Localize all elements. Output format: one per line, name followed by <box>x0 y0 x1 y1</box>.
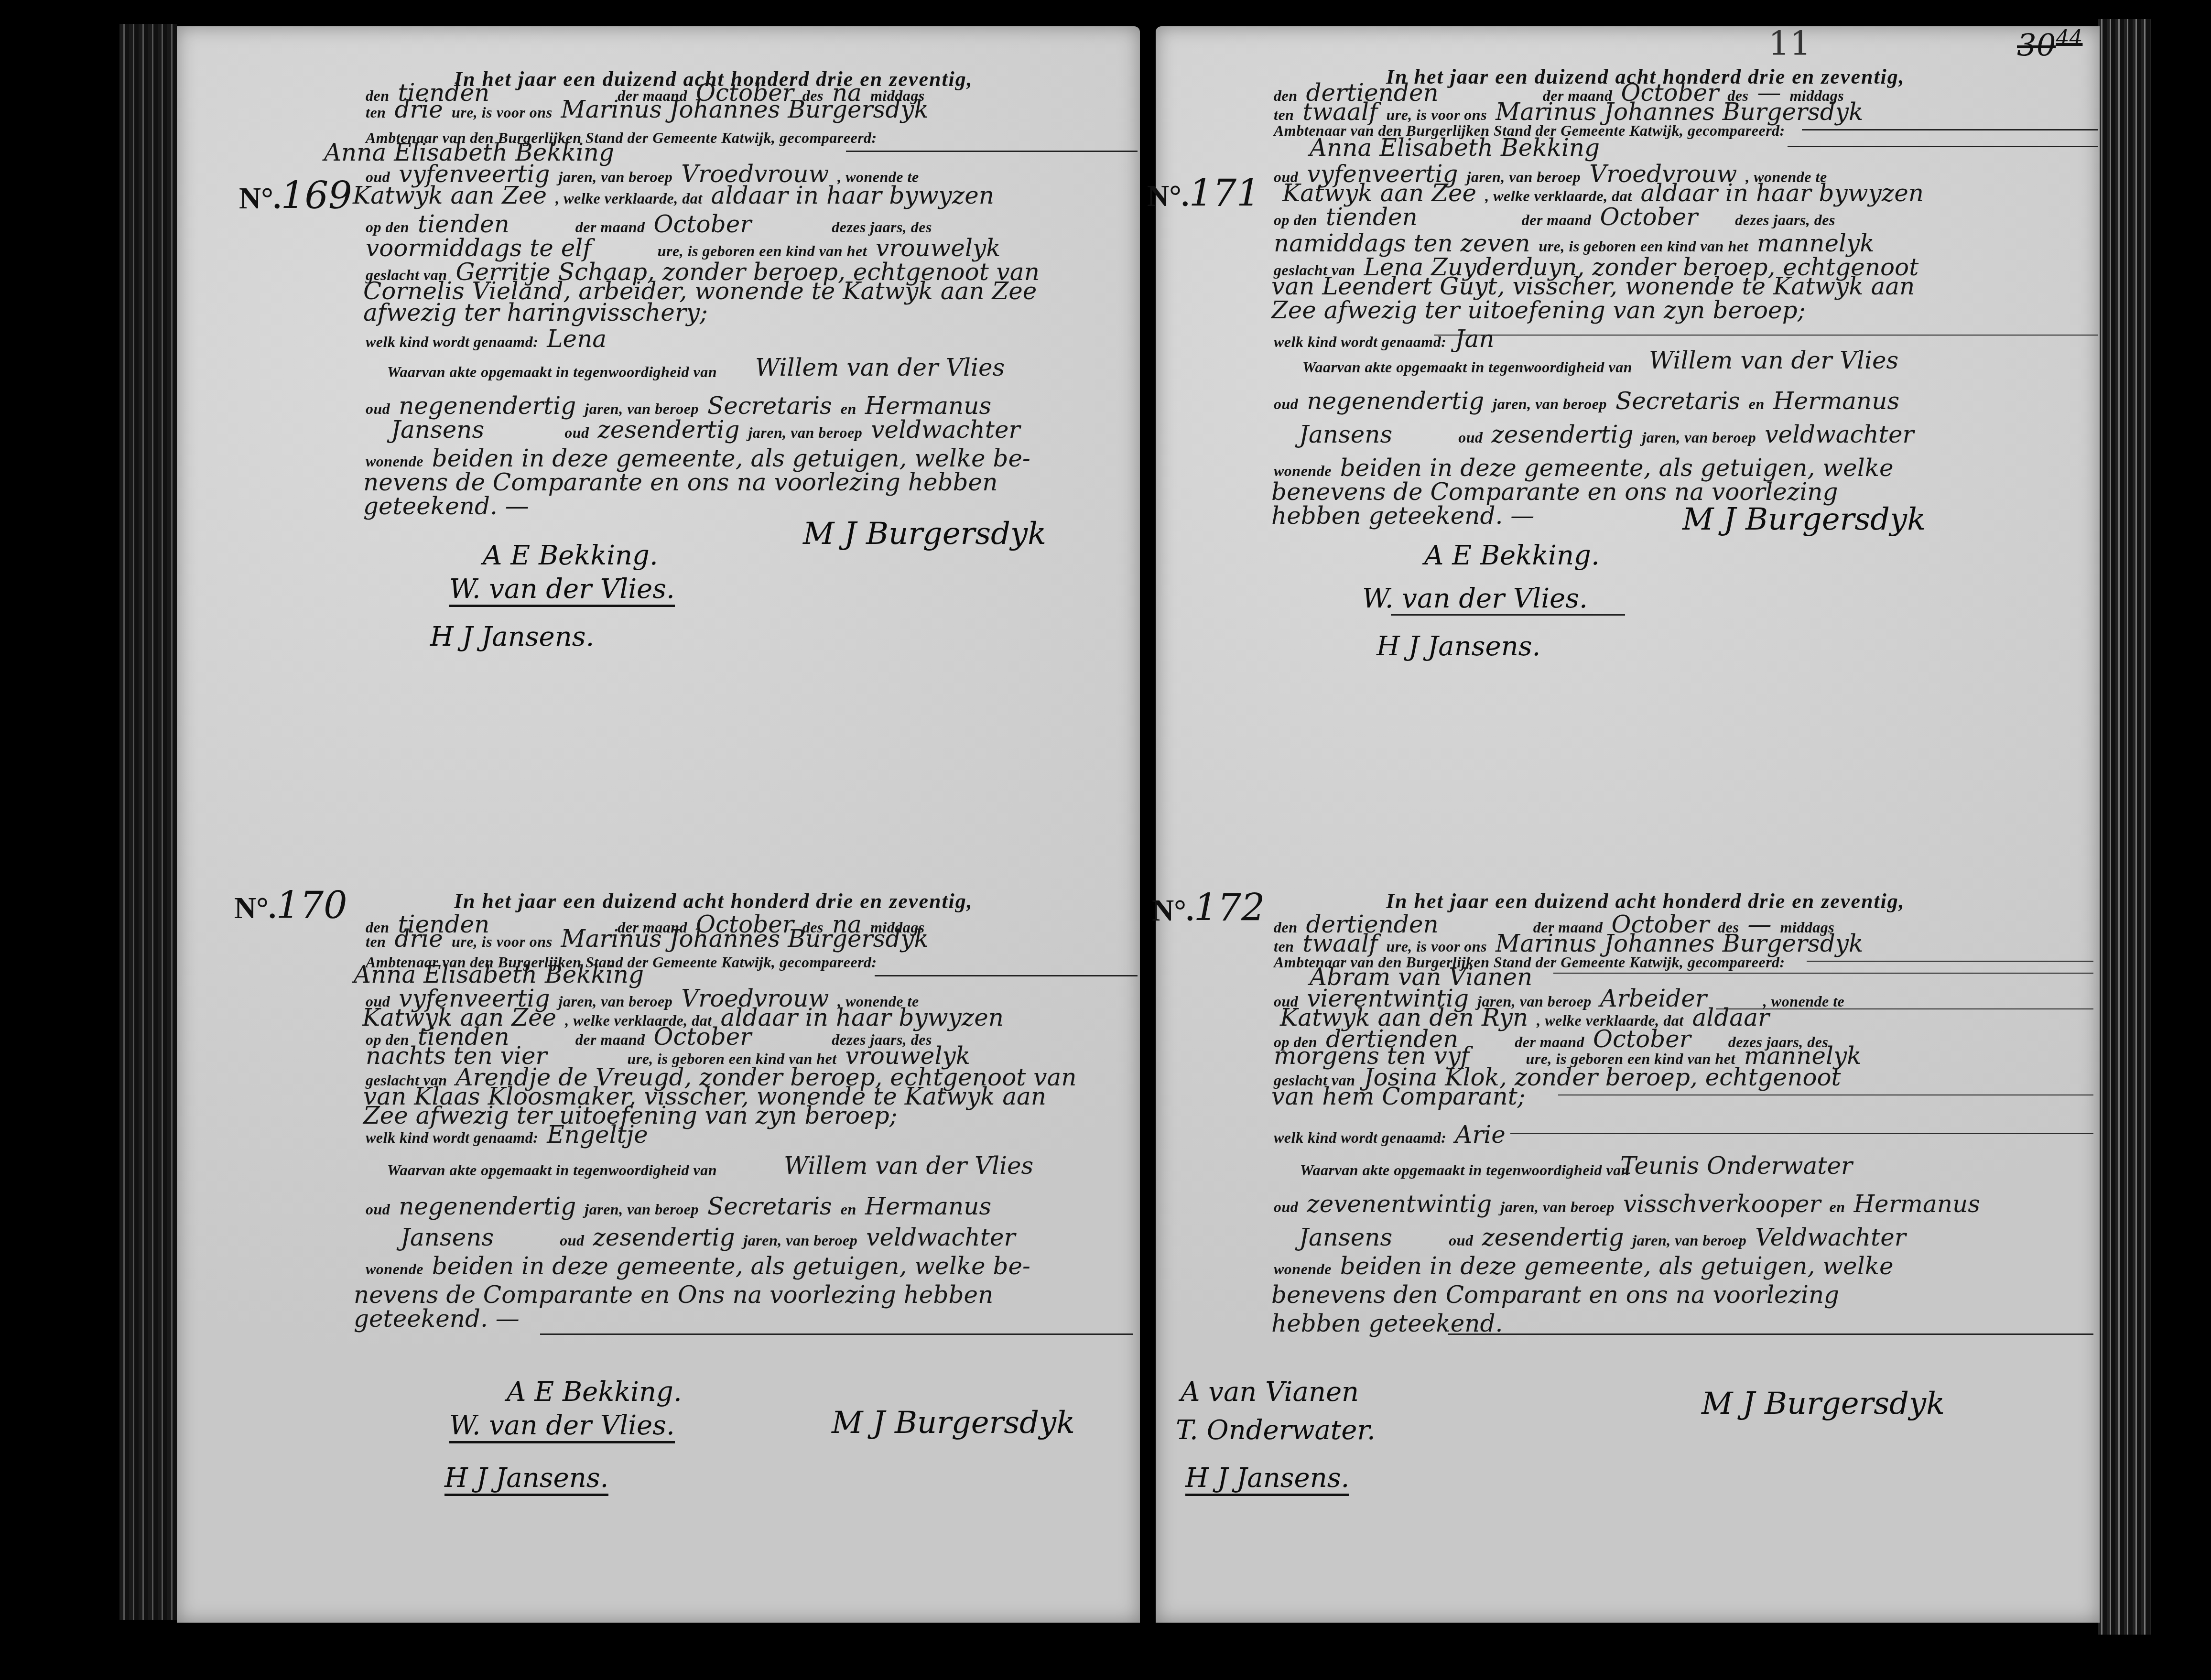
printed-form-text: ure, is voor ons <box>1386 938 1487 955</box>
handwritten-entry: aldaar in haar bywyzen <box>711 182 994 209</box>
text: tendrieure, is voor onsMarinus Johannes … <box>366 96 937 123</box>
fill-line <box>1802 129 2098 130</box>
printed-form-text: welk kind wordt genaamd: <box>366 333 538 350</box>
printed-form-text: jaren, van beroep <box>748 424 862 441</box>
handwritten-entry: tienden <box>1326 203 1418 231</box>
text: Jansensoudzesendertigjaren, van beroepve… <box>392 1224 1024 1251</box>
handwritten-entry: visschverkooper <box>1623 1190 1821 1218</box>
handwritten-entry: Jansens <box>401 1224 494 1251</box>
signature: A van Vianen <box>1181 1377 1359 1408</box>
child-name: Arie <box>1455 1121 1506 1149</box>
pencil-marks: 11 <box>1768 24 1811 63</box>
text: welk kind wordt genaamd:Lena <box>366 325 615 353</box>
handwritten-entry: negenendertig <box>399 1192 576 1220</box>
handwritten-entry: zevenentwintig <box>1307 1190 1492 1218</box>
record-heading: In het jaar een duizend acht honderd dri… <box>1386 889 1905 913</box>
fill-line <box>1510 1133 2093 1134</box>
handwritten-entry: geteekend. — <box>363 492 529 520</box>
fill-line <box>875 975 1138 976</box>
printed-form-text: oud <box>366 400 390 417</box>
handwritten-entry: veldwachter <box>1765 421 1914 448</box>
printed-form-text: ure, is voor ons <box>452 933 553 950</box>
handwritten-entry: Veldwachter <box>1755 1224 1906 1251</box>
record-number: N°.169 <box>239 174 352 217</box>
printed-form-text: Waarvan akte opgemaakt in tegenwoordighe… <box>387 1161 717 1179</box>
fill-line <box>1788 146 2098 147</box>
handwritten-entry: Jansens <box>1299 1224 1392 1251</box>
text: Jansensoudzesendertigjaren, van beroepve… <box>1290 421 1922 448</box>
folio-struck: 3044 <box>2017 26 2082 64</box>
printed-form-text: oud <box>1274 1198 1298 1215</box>
printed-form-text: jaren, van beroep <box>743 1232 857 1249</box>
official-signature: M J Burgersdyk <box>1682 502 1926 537</box>
printed-form-text: en <box>1829 1198 1845 1215</box>
book-gutter <box>1140 22 1156 1627</box>
printed-form-text: , welke verklaarde, dat <box>1485 187 1632 205</box>
signature: A E Bekking. <box>507 1377 682 1408</box>
text: op dentiendender maandOctoberdezes jaars… <box>1274 203 1835 231</box>
handwritten-entry: Hermanus <box>1853 1190 1980 1218</box>
record-heading: In het jaar een duizend acht honderd dri… <box>454 889 973 913</box>
handwritten-entry: Secretaris <box>707 1192 832 1220</box>
signature: H J Jansens. <box>1376 631 1540 662</box>
text: N°. <box>239 181 281 215</box>
handwritten-entry: zesendertig <box>593 1224 735 1251</box>
handwritten-entry: zesendertig <box>1482 1224 1624 1251</box>
signature: A E Bekking. <box>483 540 658 571</box>
fill-line <box>1807 961 2093 962</box>
text: 172 <box>1194 887 1265 930</box>
fill-line <box>1434 335 2098 336</box>
official-signature: M J Burgersdyk <box>832 1405 1075 1441</box>
printed-form-text: ten <box>1274 938 1294 955</box>
printed-form-text: welk kind wordt genaamd: <box>1274 1129 1446 1146</box>
signature: H J Jansens. <box>1185 1463 1349 1496</box>
handwritten-entry: Jansens <box>1299 421 1392 448</box>
text: welk kind wordt genaamd:Arie <box>1274 1121 1514 1149</box>
printed-form-text: dezes jaars, des <box>1735 211 1835 228</box>
handwritten-entry: Willem van der Vlies <box>784 1152 1033 1180</box>
handwritten-entry: zesendertig <box>597 416 739 444</box>
printed-form-text: ten <box>366 104 386 121</box>
child-name: Lena <box>547 325 607 353</box>
record-number: N°.170 <box>234 884 347 927</box>
handwritten-entry: Jansens <box>391 416 484 444</box>
fill-line <box>1391 614 1625 616</box>
handwritten-entry: beiden in deze gemeente, als getuigen, w… <box>432 1252 1030 1280</box>
fill-line <box>1448 1333 2093 1335</box>
printed-form-text: op den <box>1274 211 1317 228</box>
printed-form-text: op den <box>366 218 409 236</box>
handwritten-entry: veldwachter <box>871 416 1020 444</box>
printed-form-text: welk kind wordt genaamd: <box>1274 333 1446 350</box>
book-page-edges-right <box>2098 19 2151 1635</box>
handwritten-entry: Willem van der Vlies <box>755 354 1005 381</box>
fill-line <box>1553 973 2093 974</box>
printed-form-text: ure, is voor ons <box>452 104 553 121</box>
handwritten-entry: Teunis Onderwater <box>1620 1152 1853 1180</box>
printed-form-text: wonende <box>1274 1260 1332 1278</box>
text: N°. <box>234 891 276 925</box>
printed-form-text: jaren, van beroep <box>585 1201 699 1218</box>
printed-form-text: oud <box>1449 1232 1473 1249</box>
handwritten-entry: negenendertig <box>1307 387 1484 415</box>
fill-line <box>1558 1095 2093 1095</box>
text: oudnegenendertigjaren, van beroepSecreta… <box>366 1192 1000 1220</box>
folio-number: 44 <box>2056 26 2082 51</box>
signature: W. van der Vlies. <box>449 574 675 607</box>
handwritten-entry: zesendertig <box>1491 421 1633 448</box>
text: 169 <box>281 174 352 217</box>
signature: A E Bekking. <box>1424 540 1600 571</box>
printed-form-text: oud <box>1458 429 1483 446</box>
handwritten-entry: Zee afwezig ter uitoefening van zyn bero… <box>1271 296 1805 324</box>
signature: W. van der Vlies. <box>449 1410 675 1443</box>
printed-form-text: en <box>841 400 856 417</box>
text: oudnegenendertigjaren, van beroepSecreta… <box>1274 387 1908 415</box>
handwritten-entry: hebben geteekend. — <box>1271 502 1534 530</box>
signature: H J Jansens. <box>430 621 594 652</box>
printed-form-text: wonende <box>366 453 423 470</box>
text: Jansensoudzesendertigjaren, van beroepve… <box>382 416 1029 444</box>
handwritten-entry: October <box>1600 203 1698 231</box>
printed-form-text: Waarvan akte opgemaakt in tegenwoordighe… <box>1300 1161 1630 1179</box>
printed-form-text: jaren, van beroep <box>585 400 699 417</box>
text: 170 <box>276 884 347 927</box>
hour: drie <box>394 96 443 123</box>
signature: T. Onderwater. <box>1176 1415 1376 1446</box>
printed-form-text: , welke verklaarde, dat <box>555 190 702 207</box>
printed-form-text: en <box>841 1201 856 1218</box>
printed-form-text: ure, is geboren een kind van het <box>658 242 867 260</box>
printed-form-text: oud <box>366 1201 390 1218</box>
text: welk kind wordt genaamd:Engeltje <box>366 1121 657 1149</box>
printed-form-text: oud <box>560 1232 584 1249</box>
printed-form-text: jaren, van beroep <box>1632 1232 1746 1249</box>
printed-form-text: jaren, van beroep <box>1500 1198 1615 1215</box>
printed-form-text: ten <box>1274 106 1294 123</box>
text: welk kind wordt genaamd:Jan <box>1274 325 1503 353</box>
book-page-edges-left <box>119 24 177 1620</box>
fill-line <box>540 1333 1133 1335</box>
printed-form-text: der maand <box>575 218 645 236</box>
printed-form-text: welk kind wordt genaamd: <box>366 1129 538 1146</box>
handwritten-entry: Marinus Johannes Burgersdyk <box>561 925 929 953</box>
text: wonendebeiden in deze gemeente, als getu… <box>1274 1252 1902 1280</box>
handwritten-entry: afwezig ter haringvisschery; <box>363 299 708 326</box>
fill-line <box>846 151 1138 152</box>
printed-form-text: jaren, van beroep <box>1493 395 1607 412</box>
printed-form-text: ten <box>366 933 386 950</box>
printed-form-text: Waarvan akte opgemaakt in tegenwoordighe… <box>1302 358 1632 376</box>
printed-form-text: wonende <box>366 1260 423 1278</box>
handwritten-entry: Hermanus <box>1773 387 1899 415</box>
printed-form-text: jaren, van beroep <box>1642 429 1756 446</box>
official-signature: M J Burgersdyk <box>1702 1386 1945 1421</box>
text: 30 <box>2017 28 2056 64</box>
printed-form-text: dezes jaars, des <box>832 218 932 236</box>
official: Marinus Johannes Burgersdyk <box>561 96 929 123</box>
child-name: Jan <box>1455 325 1494 353</box>
handwritten-entry: benevens den Comparant en ons na voorlez… <box>1271 1281 1839 1309</box>
fill-line <box>1716 1008 2093 1009</box>
text: oudzevenentwintigjaren, van beroepvissch… <box>1274 1190 1989 1218</box>
printed-form-text: en <box>1749 395 1765 412</box>
official-signature: M J Burgersdyk <box>803 516 1046 552</box>
handwritten-entry: drie <box>394 925 443 953</box>
signature: W. van der Vlies. <box>1362 583 1588 614</box>
text: 171 <box>1189 172 1260 215</box>
printed-form-text: oud <box>564 424 589 441</box>
handwritten-entry: geteekend. — <box>354 1305 520 1333</box>
printed-form-text: Waarvan akte opgemaakt in tegenwoordighe… <box>387 363 717 381</box>
handwritten-entry: Hermanus <box>865 1192 991 1220</box>
handwritten-entry: Secretaris <box>1615 387 1740 415</box>
text: tendrieure, is voor onsMarinus Johannes … <box>366 925 937 953</box>
handwritten-entry: veldwachter <box>866 1224 1015 1251</box>
handwritten-entry: Anna Elisabeth Bekking <box>1310 134 1600 162</box>
text: N°. <box>1152 893 1194 927</box>
record-number: N°.172 <box>1152 887 1265 930</box>
printed-form-text: ure, is geboren een kind van het <box>1539 238 1748 255</box>
printed-form-text: ure, is voor ons <box>1386 106 1487 123</box>
text: N°. <box>1147 179 1189 213</box>
record-number: N°.171 <box>1147 172 1260 215</box>
child-name: Engeltje <box>547 1121 648 1149</box>
handwritten-entry: van hem Comparant; <box>1271 1083 1526 1110</box>
text: Jansensoudzesendertigjaren, van beroepVe… <box>1290 1224 1915 1251</box>
signature: H J Jansens. <box>444 1463 608 1496</box>
text: wonendebeiden in deze gemeente, als getu… <box>366 1252 1039 1280</box>
printed-form-text: der maand <box>1522 211 1592 228</box>
printed-form-text: oud <box>1274 395 1298 412</box>
handwritten-entry: Katwyk aan Zee <box>353 182 547 209</box>
printed-form-text: wonende <box>1274 462 1332 479</box>
handwritten-entry: beiden in deze gemeente, als getuigen, w… <box>1340 1252 1894 1280</box>
text: Katwyk aan Zee, welke verklaarde, datald… <box>344 182 1003 209</box>
scanned-register-spread: 11 3044 In het jaar een duizend acht hon… <box>0 0 2211 1680</box>
handwritten-entry: Willem van der Vlies <box>1649 347 1898 374</box>
